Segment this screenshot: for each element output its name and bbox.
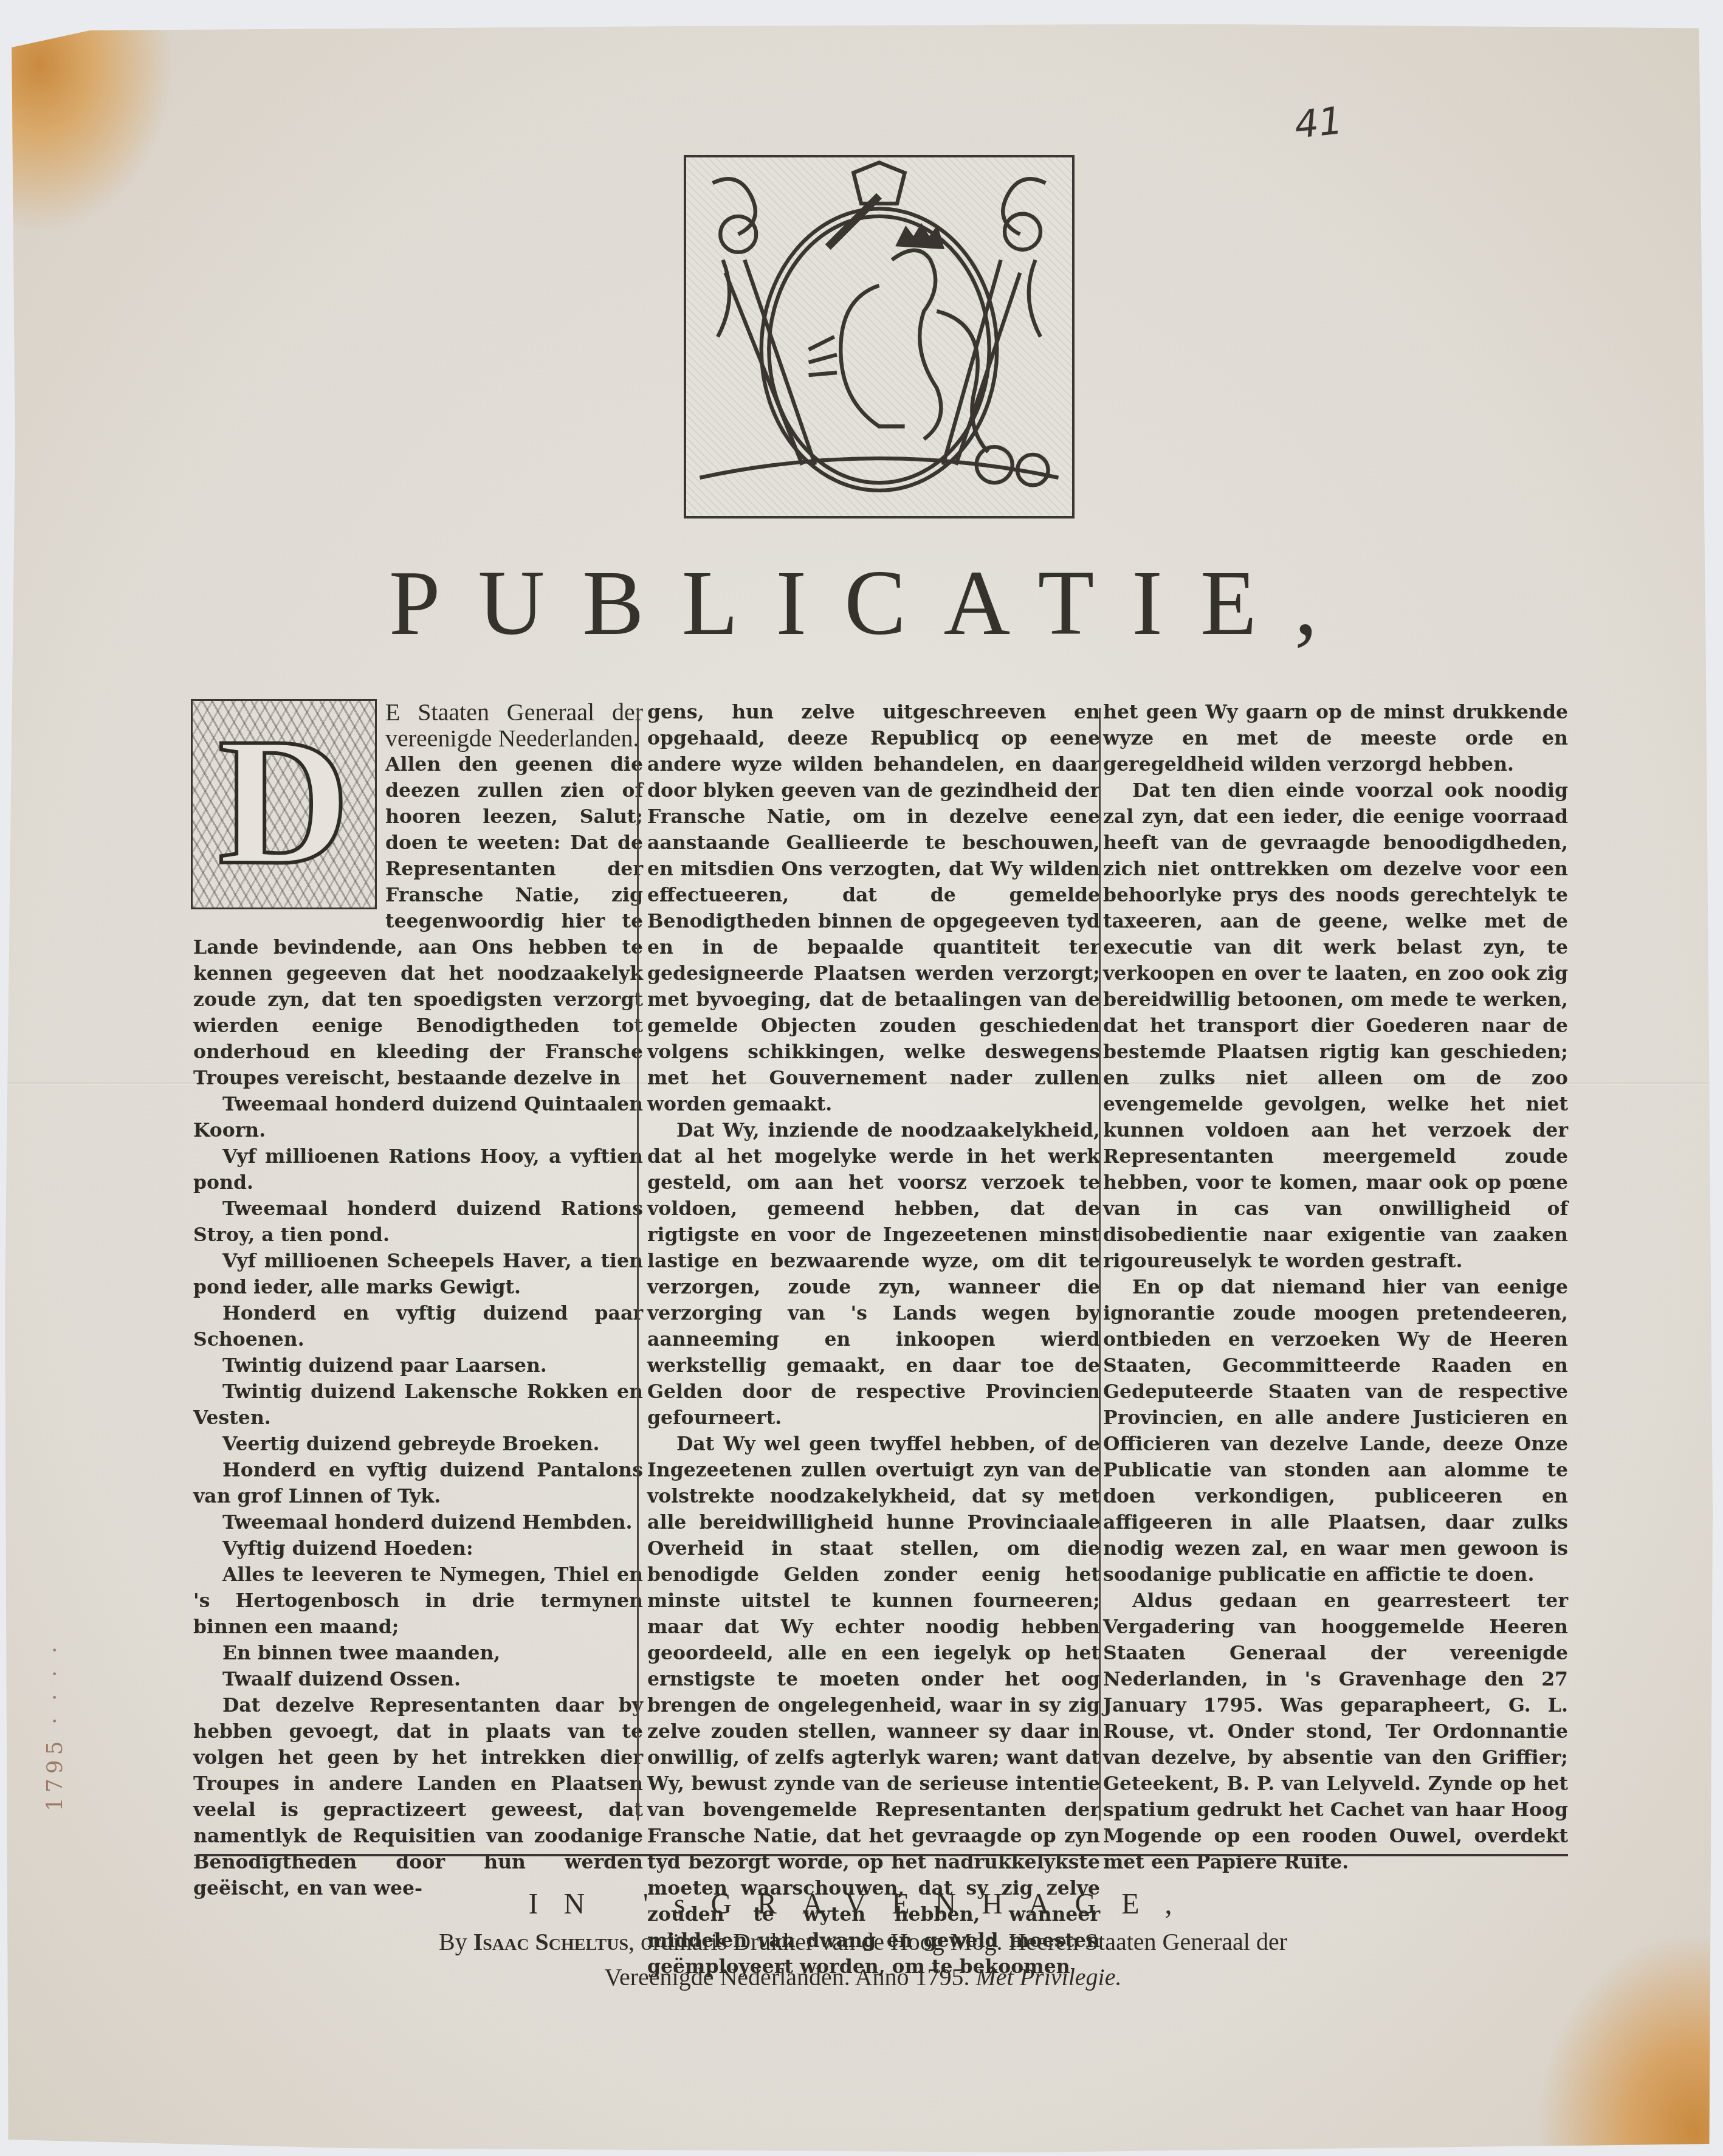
requisition-item: Vyftig duizend Hoeden: <box>193 1535 643 1562</box>
requisition-item: Tweemaal honderd duizend Quintaalen Koor… <box>193 1091 643 1143</box>
column-divider-2 <box>1099 708 1101 1820</box>
requisition-item: Honderd en vyftig duizend Pantalons van … <box>193 1457 643 1509</box>
delivery-terms: En binnen twee maanden, <box>193 1640 643 1666</box>
requisition-item: Vyf millioenen Rations Hooy, a vyftien p… <box>193 1143 643 1196</box>
text-column-3: het geen Wy gaarn op de minst drukkende … <box>1103 699 1568 1875</box>
handwritten-page-number: 41 <box>1292 98 1344 147</box>
paragraph: Dat Wy, inziende de noodzaakelykheid, da… <box>647 1117 1100 1431</box>
imprint-printer-line: By Isaac Scheltus, ordinaris Drukker van… <box>243 1924 1483 1960</box>
imprint: IN 'sGRAVENHAGE, By Isaac Scheltus, ordi… <box>243 1887 1483 1995</box>
delivery-terms: Alles te leeveren te Nymegen, Thiel en '… <box>193 1562 643 1640</box>
lion-rampant-icon <box>686 157 1072 516</box>
privilege-note: Met Privilegie. <box>976 1963 1122 1991</box>
imprint-rule <box>198 1854 1568 1856</box>
requisition-item: Vyf millioenen Scheepels Haver, a tien p… <box>193 1248 643 1300</box>
paragraph: En op dat niemand hier van eenige ignora… <box>1103 1274 1568 1588</box>
requisition-item: Veertig duizend gebreyde Broeken. <box>193 1431 643 1457</box>
margin-annotation: 1795 · · · · <box>43 1471 85 1811</box>
printer-name: Isaac Scheltus <box>473 1928 628 1955</box>
paragraph: Dat dezelve Representanten daar by hebbe… <box>193 1692 643 1901</box>
column-divider-1 <box>637 708 639 1820</box>
imprint-city: IN 'sGRAVENHAGE, <box>243 1887 1483 1921</box>
requisition-item: Twaalf duizend Ossen. <box>193 1666 643 1692</box>
page-title: PUBLICATIE, <box>389 550 1422 656</box>
paragraph: Dat ten dien einde voorzal ook noodig za… <box>1103 777 1568 1274</box>
signature-block: Aldus gedaan en gearresteert ter Vergade… <box>1103 1588 1568 1875</box>
requisition-item: Twintig duizend Lakensche Rokken en Vest… <box>193 1379 643 1431</box>
imprint-date-line: Vereenigde Nederlanden. Anno 1795. Met P… <box>243 1960 1483 1995</box>
requisition-item: Twintig duizend paar Laarsen. <box>193 1352 643 1379</box>
woodcut-coat-of-arms <box>684 155 1075 518</box>
text-column-1: D E Staaten Generaal der vereenigde Need… <box>193 699 643 1901</box>
dropcap-initial: D <box>191 699 377 909</box>
requisition-item: Tweemaal honderd duizend Hembden. <box>193 1509 643 1535</box>
paragraph: het geen Wy gaarn op de minst drukkende … <box>1103 699 1568 777</box>
requisition-item: Tweemaal honderd duizend Rations Stroy, … <box>193 1196 643 1248</box>
text-column-2: gens, hun zelve uitgeschreeven en opgeha… <box>647 699 1100 1980</box>
requisition-item: Honderd en vyftig duizend paar Schoenen. <box>193 1300 643 1352</box>
paragraph: gens, hun zelve uitgeschreeven en opgeha… <box>647 699 1100 1117</box>
